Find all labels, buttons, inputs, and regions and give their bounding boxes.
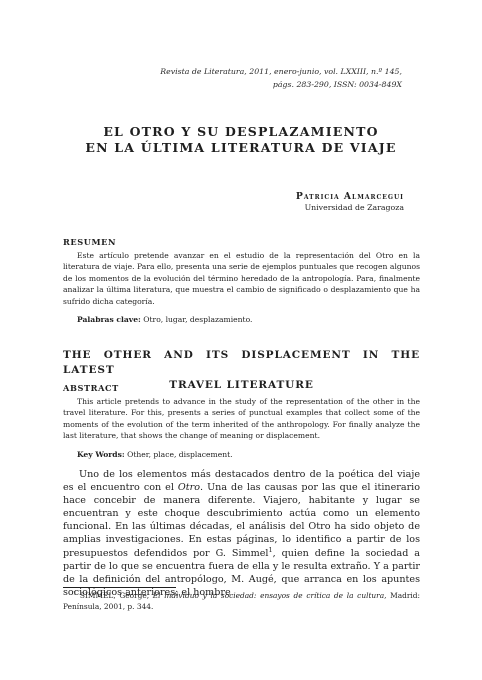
abstract-heading: ABSTRACT [63,383,420,393]
resumen-heading: RESUMEN [63,237,420,247]
body-paragraph: Uno de los elementos más destacados dent… [63,468,420,599]
article-title: EL OTRO Y SU DESPLAZAMIENTO EN LA ÚLTIMA… [0,124,482,156]
article-page: Revista de Literatura, 2011, enero-junio… [0,0,482,680]
abstract-keywords-label: Key Words: [77,450,125,459]
article-title-line2: EN LA ÚLTIMA LITERATURA DE VIAJE [0,140,482,156]
author-affiliation: Universidad de Zaragoza [63,202,404,213]
resumen-keywords: Otro, lugar, desplazamiento. [143,315,252,324]
resumen-keywords-line: Palabras clave: Otro, lugar, desplazamie… [63,314,420,325]
resumen-paragraph: Este artículo pretende avanzar en el est… [63,250,420,307]
article-title-line1: EL OTRO Y SU DESPLAZAMIENTO [0,124,482,140]
author-block: Patricia Almarcegui Universidad de Zarag… [63,191,404,213]
abstract-keywords-line: Key Words: Other, place, displacement. [63,449,420,460]
journal-header: Revista de Literatura, 2011, enero-junio… [63,66,402,91]
abstract-paragraph: This article pretends to advance in the … [63,396,420,442]
journal-header-line1: Revista de Literatura, 2011, enero-junio… [63,66,402,79]
abstract-section: ABSTRACT This article pretends to advanc… [63,383,420,460]
footnote-divider [63,587,176,588]
author-name: Patricia Almarcegui [63,191,404,202]
resumen-keywords-label: Palabras clave: [77,315,141,324]
english-title-line1: THE OTHER AND ITS DISPLACEMENT IN THE LA… [63,348,420,378]
abstract-keywords: Other, place, displacement. [127,450,232,459]
footnote: 1 SIMMEL, George, El individuo y la soci… [63,591,420,612]
journal-header-line2: págs. 283-290, ISSN: 0034-849X [63,79,402,92]
resumen-section: RESUMEN Este artículo pretende avanzar e… [63,237,420,325]
